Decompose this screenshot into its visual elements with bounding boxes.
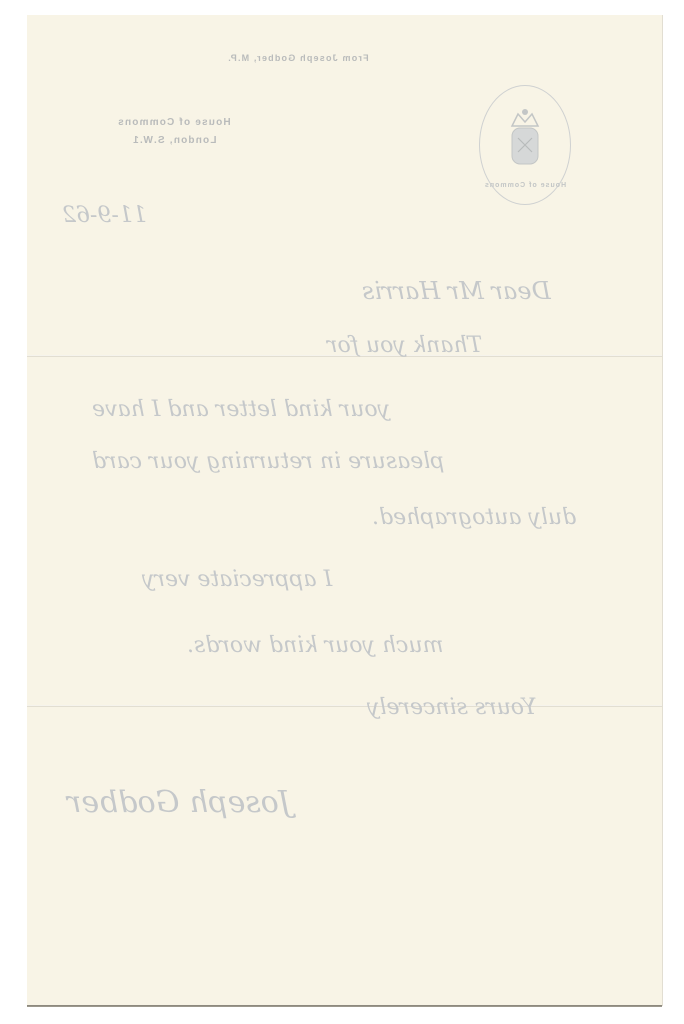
- letter-salutation: Dear Mr Harris: [362, 277, 551, 305]
- crest-label: House of Commons: [480, 182, 570, 189]
- letter-closing: Yours sincerely: [367, 695, 537, 720]
- body-line-6: much your kind words.: [187, 633, 443, 658]
- letterhead-address-line1: House of Commons: [117, 117, 231, 128]
- body-line-1: Thank you for: [327, 333, 482, 358]
- body-line-5: I appreciate very: [142, 567, 332, 592]
- house-of-commons-crest-icon: House of Commons: [479, 85, 571, 205]
- body-line-3: pleasure in returning your card: [92, 449, 444, 474]
- body-line-4: duly autographed.: [372, 505, 576, 530]
- body-line-2: your kind letter and I have: [92, 397, 390, 422]
- letter-signature: Joseph Godber: [67, 785, 291, 820]
- fold-line-lower: [27, 705, 662, 707]
- letterhead-from: From Joseph Godber, M.P.: [227, 53, 369, 63]
- letterhead-address-line2: London, S.W.1: [132, 135, 216, 146]
- letter-date: 11-9-62: [62, 203, 147, 228]
- letter-paper: From Joseph Godber, M.P. House of Common…: [27, 15, 662, 1006]
